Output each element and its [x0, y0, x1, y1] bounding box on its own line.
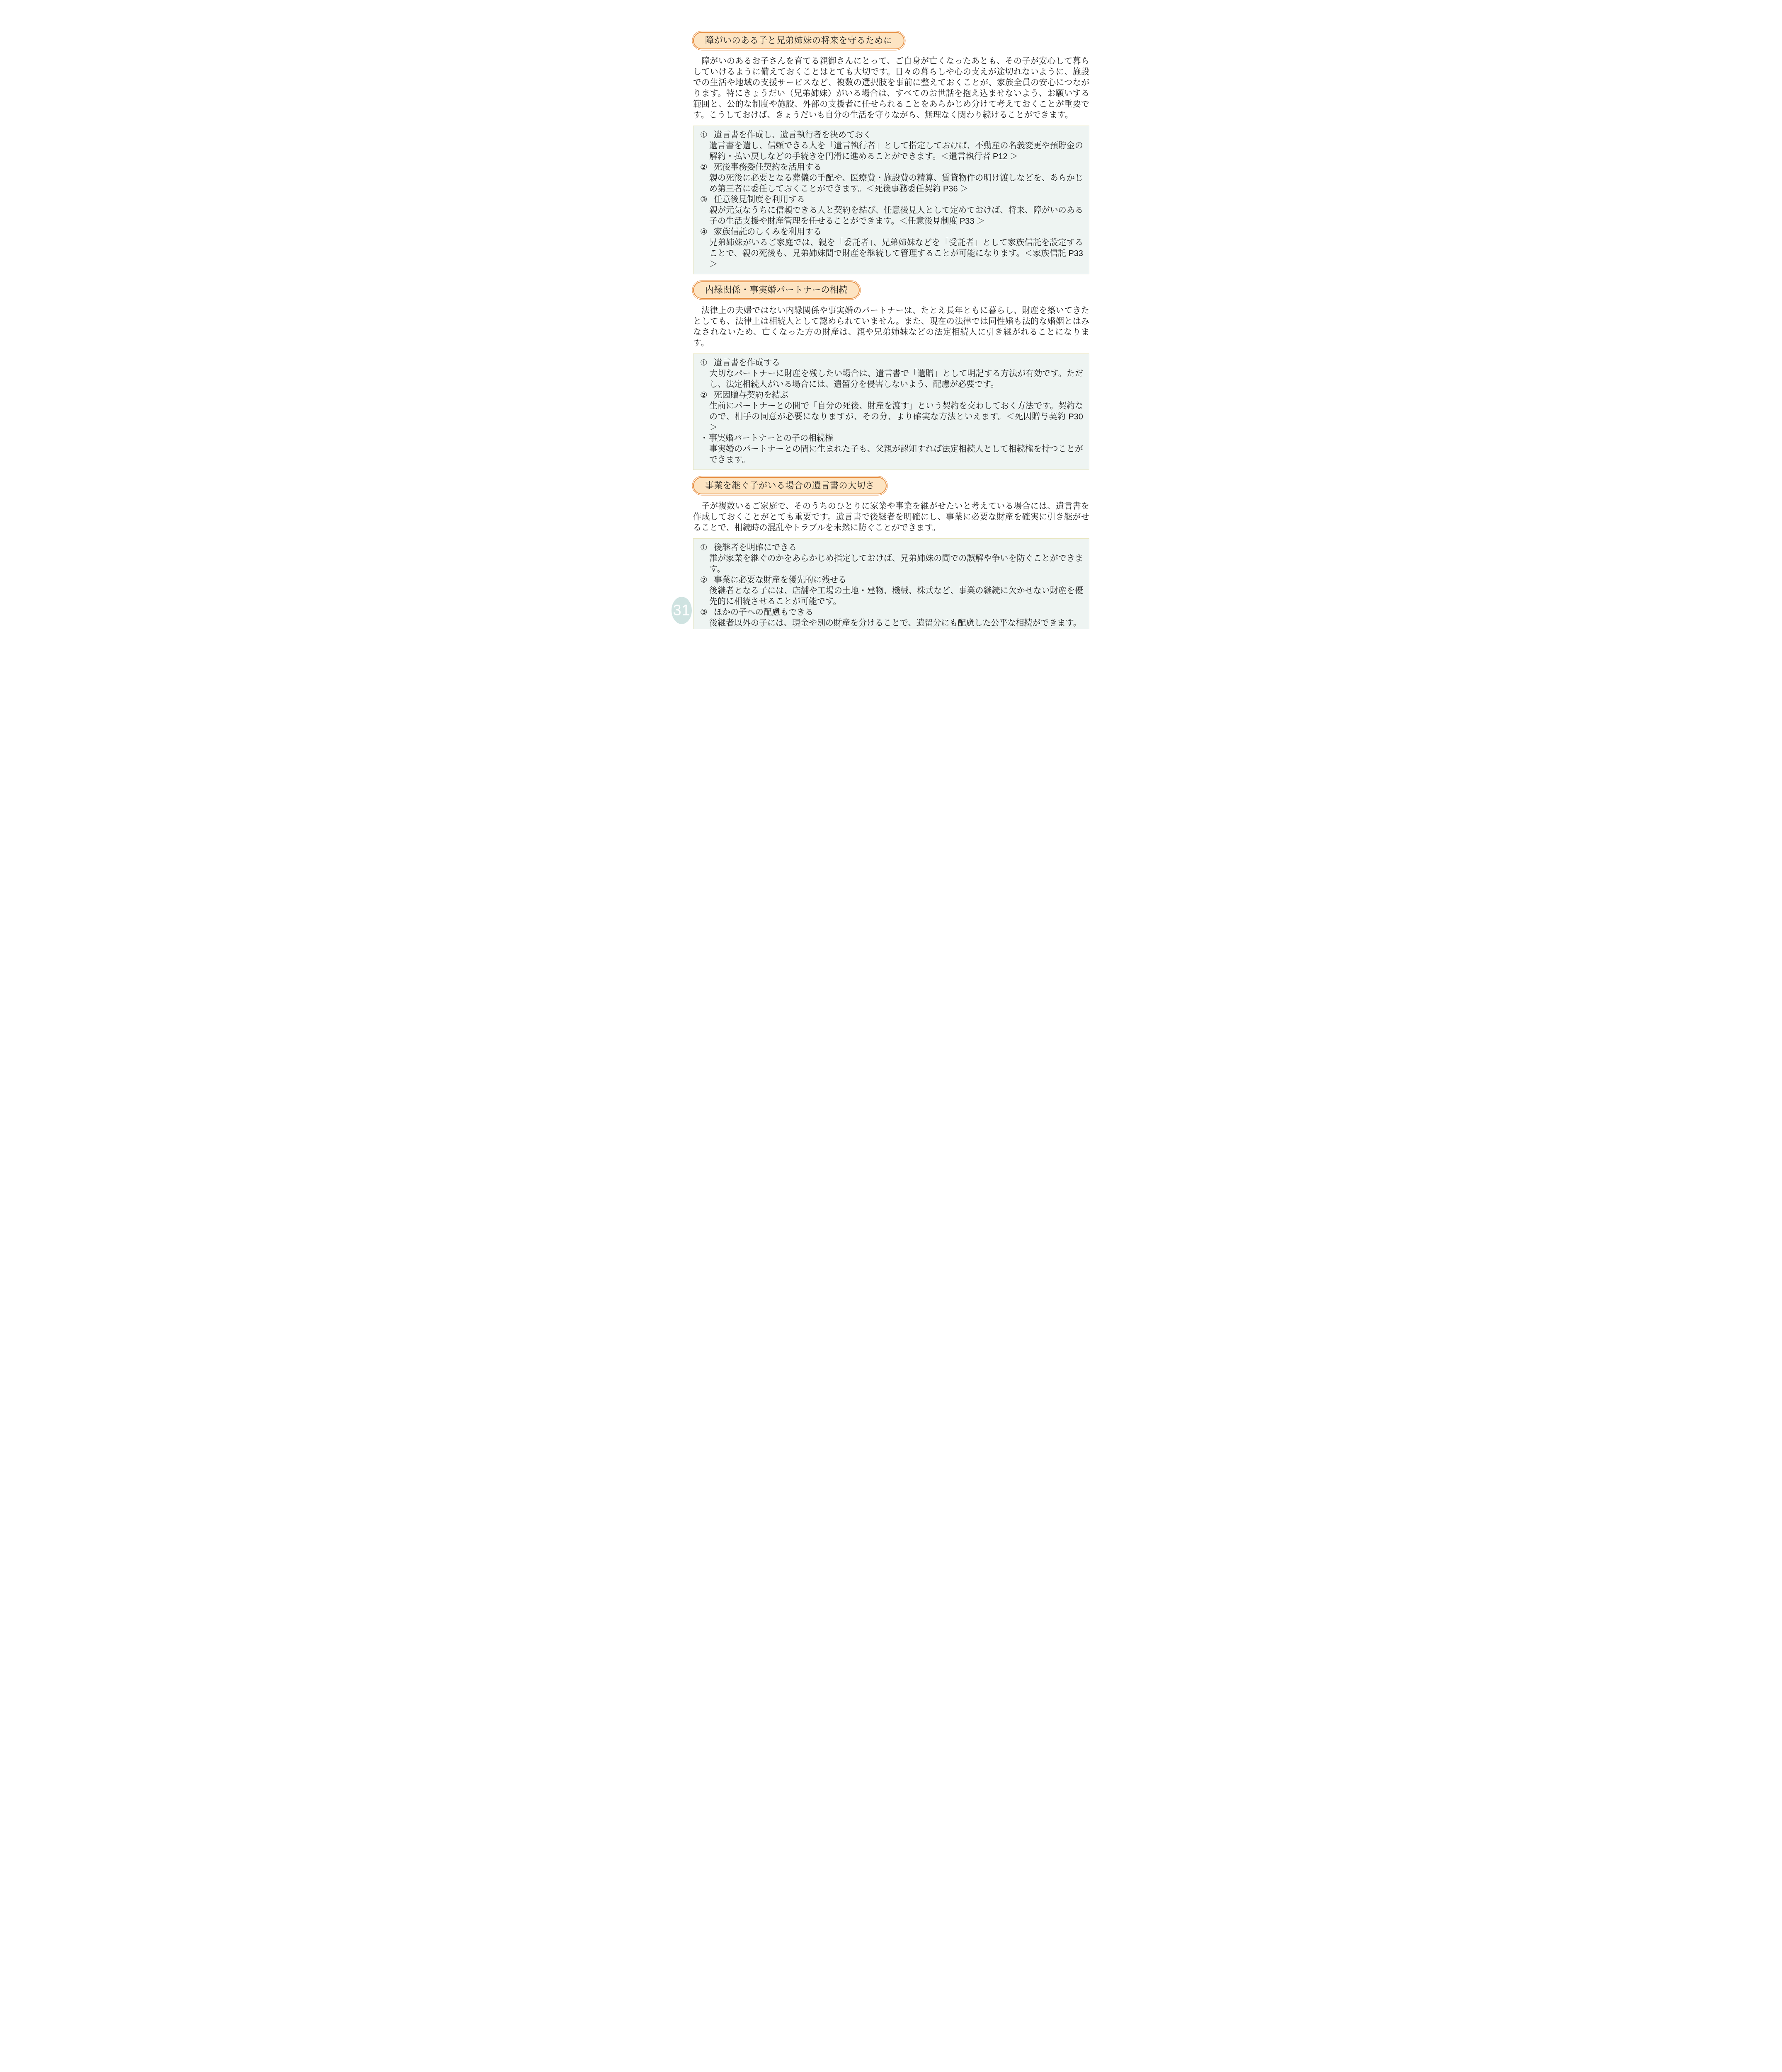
item-title: 遺言書を作成し、遺言執行者を決めておく: [714, 131, 871, 140]
item-marker: ④: [700, 227, 714, 237]
item-marker: ①: [700, 130, 714, 140]
list-item: ①後継者を明確にできる 誰が家業を継ぐのかをあらかじめ指定しておけば、兄弟姉妹の…: [700, 542, 1083, 575]
list-item: ④家族信託のしくみを利用する 兄弟姉妹がいるご家庭では、親を「委託者」、兄弟姉妹…: [700, 227, 1083, 270]
item-marker: ①: [700, 358, 714, 368]
item-title: 遺言書を作成する: [714, 358, 780, 368]
item-marker: ③: [700, 194, 714, 205]
list-item: ②事業に必要な財産を優先的に残せる 後継者となる子には、店舗や工場の土地・建物、…: [700, 575, 1083, 607]
page-number: 31: [673, 602, 690, 619]
item-title: 死因贈与契約を結ぶ: [714, 391, 788, 400]
item-marker: ②: [700, 162, 714, 173]
item-body: 生前にパートナーとの間で「自分の死後、財産を渡す」という契約を交わしておく方法で…: [709, 401, 1083, 433]
section-title-badge: 事業を継ぐ子がいる場合の遺言書の大切さ: [693, 477, 887, 494]
item-marker: ・: [700, 433, 709, 444]
section-intro: 子が複数いるご家庭で、そのうちのひとりに家業や事業を継がせたいと考えている場合に…: [693, 501, 1089, 533]
item-title: 事業に必要な財産を優先的に残せる: [714, 576, 846, 585]
item-body: 後継者となる子には、店舗や工場の土地・建物、機械、株式など、事業の継続に欠かせな…: [709, 586, 1083, 607]
item-body: 兄弟姉妹がいるご家庭では、親を「委託者」、兄弟姉妹などを「受託者」として家族信託…: [709, 237, 1083, 270]
item-marker: ③: [700, 607, 714, 618]
section-title: 事業を継ぐ子がいる場合の遺言書の大切さ: [705, 481, 875, 490]
page-number-badge: 31: [672, 597, 692, 624]
item-body: 遺言書を遺し、信頼できる人を「遺言執行者」として指定しておけば、不動産の名義変更…: [709, 140, 1083, 162]
info-box: ①遺言書を作成し、遺言執行者を決めておく 遺言書を遺し、信頼できる人を「遺言執行…: [693, 126, 1089, 274]
item-title: 任意後見制度を利用する: [714, 195, 805, 204]
list-item: ④遺言執行者を指定できる 法律の専門家や後継者ご本人を遺言執行者に指定しておく＜…: [700, 629, 1083, 629]
info-box: ①遺言書を作成する 大切なパートナーに財産を残したい場合は、遺言書で「遺贈」とし…: [693, 353, 1089, 470]
section-title-badge: 内縁関係・事実婚パートナーの相続: [693, 281, 860, 299]
info-box: ①後継者を明確にできる 誰が家業を継ぐのかをあらかじめ指定しておけば、兄弟姉妹の…: [693, 538, 1089, 629]
item-body: 親が元気なうちに信頼できる人と契約を結び、任意後見人として定めておけば、将来、障…: [709, 205, 1083, 227]
item-body: 大切なパートナーに財産を残したい場合は、遺言書で「遺贈」として明記する方法が有効…: [709, 368, 1083, 390]
section-title-badge: 障がいのある子と兄弟姉妹の将来を守るために: [693, 32, 904, 49]
item-marker: ①: [700, 542, 714, 553]
list-item: ③ほかの子への配慮もできる 後継者以外の子には、現金や別の財産を分けることで、遺…: [700, 607, 1083, 629]
item-title: 後継者を明確にできる: [714, 543, 797, 552]
item-title: 家族信託のしくみを利用する: [714, 228, 822, 237]
section-title: 内縁関係・事実婚パートナーの相続: [705, 285, 848, 295]
document-page: 障がいのある子と兄弟姉妹の将来を守るために 障がいのあるお子さんを育てる親御さん…: [668, 0, 1114, 629]
item-marker: ④: [700, 629, 714, 629]
item-title: 事実婚パートナーとの子の相続権: [709, 434, 833, 443]
section-intro: 障がいのあるお子さんを育てる親御さんにとって、ご自身が亡くなったあとも、その子が…: [693, 56, 1089, 121]
item-title: ほかの子への配慮もできる: [714, 608, 813, 617]
item-body: 誰が家業を継ぐのかをあらかじめ指定しておけば、兄弟姉妹の間での誤解や争いを防ぐこ…: [709, 553, 1083, 575]
list-item: ②死因贈与契約を結ぶ 生前にパートナーとの間で「自分の死後、財産を渡す」という契…: [700, 390, 1083, 433]
item-marker: ②: [700, 390, 714, 401]
list-item: ①遺言書を作成する 大切なパートナーに財産を残したい場合は、遺言書で「遺贈」とし…: [700, 358, 1083, 390]
item-title: 死後事務委任契約を活用する: [714, 163, 822, 172]
list-item: ③任意後見制度を利用する 親が元気なうちに信頼できる人と契約を結び、任意後見人と…: [700, 194, 1083, 227]
item-body: 事実婚のパートナーとの間に生まれた子も、父親が認知すれば法定相続人として相続権を…: [709, 444, 1083, 465]
list-item: ②死後事務委任契約を活用する 親の死後に必要となる葬儀の手配や、医療費・施設費の…: [700, 162, 1083, 194]
section-intro: 法律上の夫婦ではない内縁関係や事実婚のパートナーは、たとえ長年ともに暮らし、財産…: [693, 305, 1089, 349]
item-marker: ②: [700, 575, 714, 586]
list-item: ①遺言書を作成し、遺言執行者を決めておく 遺言書を遺し、信頼できる人を「遺言執行…: [700, 130, 1083, 162]
item-body: 親の死後に必要となる葬儀の手配や、医療費・施設費の精算、賃貸物件の明け渡しなどを…: [709, 173, 1083, 194]
section-title: 障がいのある子と兄弟姉妹の将来を守るために: [705, 36, 892, 45]
item-body: 後継者以外の子には、現金や別の財産を分けることで、遺留分にも配慮した公平な相続が…: [709, 618, 1083, 629]
list-item: ・事実婚パートナーとの子の相続権 事実婚のパートナーとの間に生まれた子も、父親が…: [700, 433, 1083, 465]
